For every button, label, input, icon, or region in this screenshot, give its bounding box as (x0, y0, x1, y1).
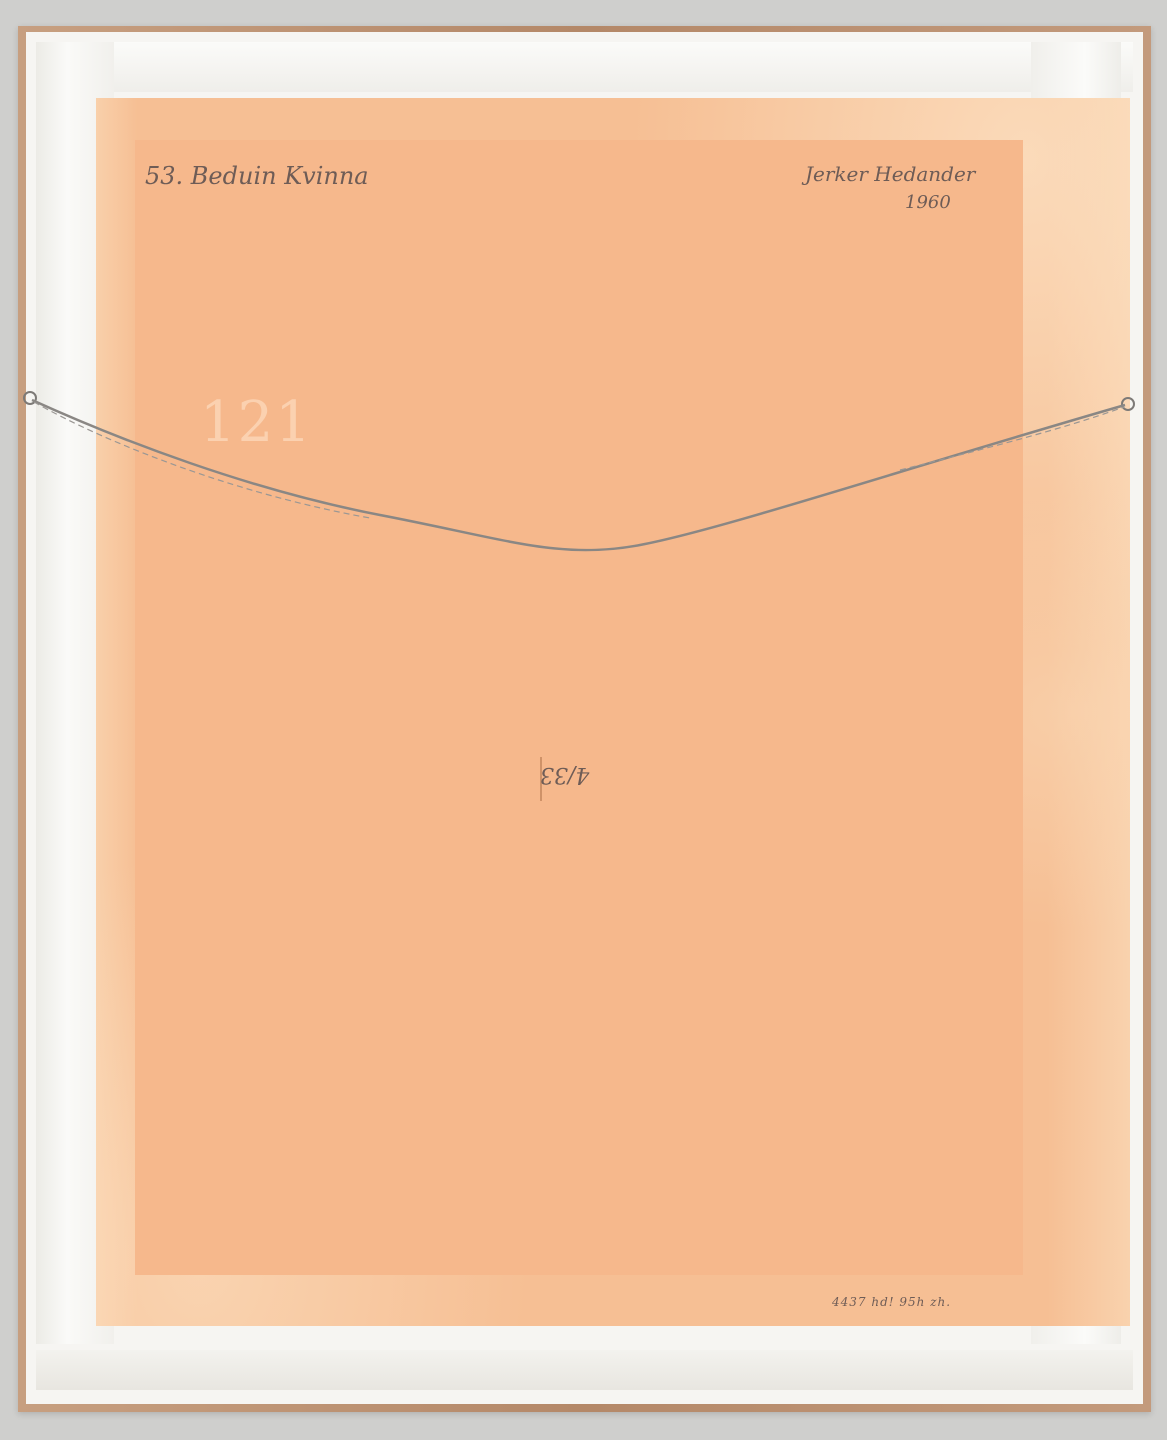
hanging-wire (0, 0, 1167, 1440)
right-screw-eye-icon (1122, 398, 1134, 410)
